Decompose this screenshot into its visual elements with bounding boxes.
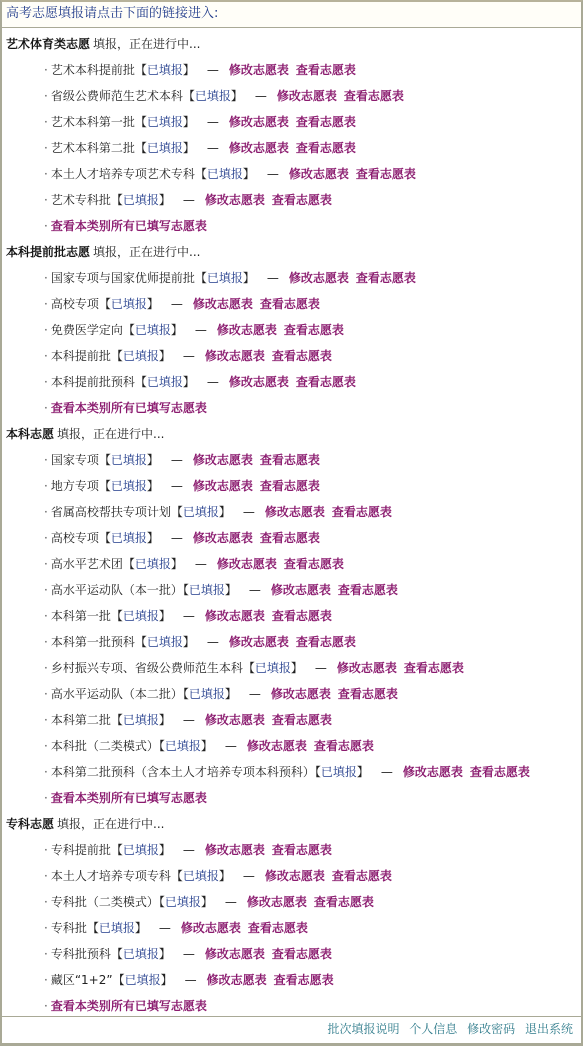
batch-name: 高水平艺术团 [51, 557, 123, 571]
batch-row: ·乡村振兴专项、省级公费师范生本科【已填报】—修改志愿表查看志愿表 [2, 655, 581, 681]
edit-form-link[interactable]: 修改志愿表 [247, 895, 307, 909]
view-form-link[interactable]: 查看志愿表 [284, 323, 344, 337]
batch-name: 高水平运动队（本二批） [51, 687, 183, 701]
bracket-close: 】 [171, 323, 183, 337]
batch-row: ·国家专项【已填报】—修改志愿表查看志愿表 [2, 447, 581, 473]
separator-dash: — [183, 193, 195, 207]
category-header: 艺术体育类志愿填报，正在进行中... [2, 31, 581, 57]
batch-row: ·本科提前批【已填报】—修改志愿表查看志愿表 [2, 343, 581, 369]
bracket-open: 【 [99, 453, 111, 467]
bullet-icon: · [44, 583, 48, 597]
status-badge: 已填报 [123, 193, 159, 207]
status-badge: 已填报 [165, 895, 201, 909]
status-badge: 已填报 [123, 843, 159, 857]
status-badge: 已填报 [255, 661, 291, 675]
batch-name: 专科批预科 [51, 947, 111, 961]
bracket-open: 【 [99, 531, 111, 545]
edit-form-link[interactable]: 修改志愿表 [265, 505, 325, 519]
status-badge: 已填报 [207, 167, 243, 181]
batch-name: 本土人才培养专项专科 [51, 869, 171, 883]
separator-dash: — [183, 349, 195, 363]
separator-dash: — [255, 89, 267, 103]
page-header: 高考志愿填报请点击下面的链接进入: [2, 2, 581, 28]
bracket-open: 【 [111, 713, 123, 727]
batch-name: 国家专项与国家优师提前批 [51, 271, 195, 285]
separator-dash: — [267, 167, 279, 181]
bullet-icon: · [44, 401, 48, 415]
bullet-icon: · [44, 297, 48, 311]
bracket-close: 】 [201, 739, 213, 753]
status-badge: 已填报 [321, 765, 357, 779]
bracket-close: 】 [219, 505, 231, 519]
bullet-icon: · [44, 193, 48, 207]
view-form-link[interactable]: 查看志愿表 [260, 297, 320, 311]
separator-dash: — [195, 323, 207, 337]
batch-row: ·省属高校帮扶专项计划【已填报】—修改志愿表查看志愿表 [2, 499, 581, 525]
bracket-open: 【 [111, 193, 123, 207]
status-badge: 已填报 [189, 687, 225, 701]
bracket-open: 【 [123, 323, 135, 337]
bullet-icon: · [44, 479, 48, 493]
edit-form-link[interactable]: 修改志愿表 [193, 479, 253, 493]
edit-form-link[interactable]: 修改志愿表 [229, 635, 289, 649]
batch-row: ·艺术专科批【已填报】—修改志愿表查看志愿表 [2, 187, 581, 213]
edit-form-link[interactable]: 修改志愿表 [229, 141, 289, 155]
view-all-forms-link[interactable]: 查看本类别所有已填写志愿表 [51, 999, 207, 1013]
bracket-close: 】 [183, 375, 195, 389]
status-badge: 已填报 [207, 271, 243, 285]
batch-name: 本科提前批 [51, 349, 111, 363]
bracket-close: 】 [243, 271, 255, 285]
category-name: 专科志愿 [6, 817, 54, 831]
bullet-icon: · [44, 999, 48, 1013]
bracket-open: 【 [99, 479, 111, 493]
view-form-link[interactable]: 查看志愿表 [356, 167, 416, 181]
view-form-link[interactable]: 查看志愿表 [284, 557, 344, 571]
bracket-close: 】 [225, 687, 237, 701]
bracket-close: 】 [147, 479, 159, 493]
bullet-icon: · [44, 323, 48, 337]
batch-row: ·本科第一批预科【已填报】—修改志愿表查看志愿表 [2, 629, 581, 655]
bullet-icon: · [44, 115, 48, 129]
view-form-link[interactable]: 查看志愿表 [260, 479, 320, 493]
edit-form-link[interactable]: 修改志愿表 [337, 661, 397, 675]
edit-form-link[interactable]: 修改志愿表 [289, 271, 349, 285]
status-badge: 已填报 [147, 635, 183, 649]
edit-form-link[interactable]: 修改志愿表 [277, 89, 337, 103]
bracket-close: 】 [159, 843, 171, 857]
status-badge: 已填报 [147, 115, 183, 129]
bullet-icon: · [44, 531, 48, 545]
view-form-link[interactable]: 查看志愿表 [314, 895, 374, 909]
view-form-link[interactable]: 查看志愿表 [274, 973, 334, 987]
edit-form-link[interactable]: 修改志愿表 [193, 297, 253, 311]
bracket-close: 】 [291, 661, 303, 675]
batch-name: 艺术本科第二批 [51, 141, 135, 155]
bracket-close: 】 [147, 531, 159, 545]
batch-name: 省级公费师范生艺术本科 [51, 89, 183, 103]
status-badge: 已填报 [125, 973, 161, 987]
bullet-icon: · [44, 661, 48, 675]
view-all-row: ·查看本类别所有已填写志愿表 [2, 395, 581, 421]
batch-name: 高校专项 [51, 531, 99, 545]
bullet-icon: · [44, 791, 48, 805]
view-form-link[interactable]: 查看志愿表 [260, 531, 320, 545]
bullet-icon: · [44, 843, 48, 857]
status-badge: 已填报 [123, 609, 159, 623]
bullet-icon: · [44, 765, 48, 779]
bullet-icon: · [44, 219, 48, 233]
separator-dash: — [381, 765, 393, 779]
bracket-open: 【 [243, 661, 255, 675]
bullet-icon: · [44, 869, 48, 883]
view-form-link[interactable]: 查看志愿表 [296, 63, 356, 77]
category-name: 艺术体育类志愿 [6, 37, 90, 51]
separator-dash: — [249, 687, 261, 701]
batch-name: 乡村振兴专项、省级公费师范生本科 [51, 661, 243, 675]
page-frame: 高考志愿填报请点击下面的链接进入: 艺术体育类志愿填报，正在进行中...·艺术本… [0, 0, 583, 1046]
view-form-link[interactable]: 查看志愿表 [296, 141, 356, 155]
view-form-link[interactable]: 查看志愿表 [272, 349, 332, 363]
batch-name: 本科第一批 [51, 609, 111, 623]
edit-form-link[interactable]: 修改志愿表 [229, 115, 289, 129]
status-badge: 已填报 [123, 713, 159, 727]
bracket-open: 【 [195, 167, 207, 181]
bracket-open: 【 [183, 89, 195, 103]
bullet-icon: · [44, 687, 48, 701]
edit-form-link[interactable]: 修改志愿表 [205, 609, 265, 623]
bracket-open: 【 [111, 349, 123, 363]
bracket-close: 】 [147, 297, 159, 311]
batch-name: 艺术专科批 [51, 193, 111, 207]
bracket-open: 【 [135, 375, 147, 389]
edit-form-link[interactable]: 修改志愿表 [193, 531, 253, 545]
bullet-icon: · [44, 713, 48, 727]
edit-form-link[interactable]: 修改志愿表 [403, 765, 463, 779]
bracket-close: 】 [219, 869, 231, 883]
separator-dash: — [183, 713, 195, 727]
view-form-link[interactable]: 查看志愿表 [248, 921, 308, 935]
bracket-open: 【 [99, 297, 111, 311]
separator-dash: — [185, 973, 197, 987]
edit-form-link[interactable]: 修改志愿表 [229, 375, 289, 389]
category-status: 填报，正在进行中... [93, 37, 200, 51]
view-form-link[interactable]: 查看志愿表 [272, 713, 332, 727]
batch-row: ·省级公费师范生艺术本科【已填报】—修改志愿表查看志愿表 [2, 83, 581, 109]
bracket-close: 】 [159, 713, 171, 727]
batch-name: 高水平运动队（本一批） [51, 583, 183, 597]
bullet-icon: · [44, 271, 48, 285]
batch-name: 本科第二批预科（含本土人才培养专项本科预科） [51, 765, 315, 779]
view-all-forms-link[interactable]: 查看本类别所有已填写志愿表 [51, 791, 207, 805]
batch-row: ·藏区“1+2”【已填报】—修改志愿表查看志愿表 [2, 967, 581, 993]
batch-name: 国家专项 [51, 453, 99, 467]
batch-name: 高校专项 [51, 297, 99, 311]
bracket-close: 】 [159, 947, 171, 961]
status-badge: 已填报 [183, 869, 219, 883]
view-form-link[interactable]: 查看志愿表 [338, 687, 398, 701]
bracket-open: 【 [171, 505, 183, 519]
separator-dash: — [207, 63, 219, 77]
status-badge: 已填报 [147, 375, 183, 389]
separator-dash: — [171, 297, 183, 311]
batch-row: ·艺术本科第一批【已填报】—修改志愿表查看志愿表 [2, 109, 581, 135]
separator-dash: — [225, 895, 237, 909]
bullet-icon: · [44, 557, 48, 571]
batch-row: ·本科提前批预科【已填报】—修改志愿表查看志愿表 [2, 369, 581, 395]
status-badge: 已填报 [165, 739, 201, 753]
status-badge: 已填报 [111, 297, 147, 311]
status-badge: 已填报 [135, 323, 171, 337]
bullet-icon: · [44, 739, 48, 753]
view-all-forms-link[interactable]: 查看本类别所有已填写志愿表 [51, 401, 207, 415]
bracket-open: 【 [113, 973, 125, 987]
bracket-open: 【 [111, 609, 123, 623]
batch-name: 藏区“1+2” [51, 973, 113, 987]
status-badge: 已填报 [111, 453, 147, 467]
separator-dash: — [249, 583, 261, 597]
bracket-close: 】 [357, 765, 369, 779]
batch-row: ·专科批（二类模式）【已填报】—修改志愿表查看志愿表 [2, 889, 581, 915]
separator-dash: — [171, 479, 183, 493]
footer-link-batch-instructions[interactable]: 批次填报说明 [327, 1022, 399, 1036]
bracket-close: 】 [183, 63, 195, 77]
batch-row: ·国家专项与国家优师提前批【已填报】—修改志愿表查看志愿表 [2, 265, 581, 291]
bracket-open: 【 [135, 141, 147, 155]
batch-name: 本科第二批 [51, 713, 111, 727]
batch-row: ·艺术本科第二批【已填报】—修改志愿表查看志愿表 [2, 135, 581, 161]
bracket-close: 】 [147, 453, 159, 467]
bullet-icon: · [44, 505, 48, 519]
category-list: 艺术体育类志愿填报，正在进行中...·艺术本科提前批【已填报】—修改志愿表查看志… [2, 28, 581, 1019]
separator-dash: — [243, 505, 255, 519]
category-header: 本科志愿填报，正在进行中... [2, 421, 581, 447]
bracket-close: 】 [159, 349, 171, 363]
bracket-close: 】 [159, 193, 171, 207]
bracket-close: 】 [225, 583, 237, 597]
batch-name: 艺术本科提前批 [51, 63, 135, 77]
batch-name: 地方专项 [51, 479, 99, 493]
batch-row: ·本土人才培养专项艺术专科【已填报】—修改志愿表查看志愿表 [2, 161, 581, 187]
bracket-close: 】 [135, 921, 147, 935]
batch-name: 省属高校帮扶专项计划 [51, 505, 171, 519]
bullet-icon: · [44, 89, 48, 103]
view-form-link[interactable]: 查看志愿表 [404, 661, 464, 675]
bracket-close: 】 [183, 115, 195, 129]
status-badge: 已填报 [123, 349, 159, 363]
separator-dash: — [207, 635, 219, 649]
view-form-link[interactable]: 查看志愿表 [470, 765, 530, 779]
footer-link-personal-info[interactable]: 个人信息 [409, 1022, 457, 1036]
separator-dash: — [207, 115, 219, 129]
batch-row: ·高水平运动队（本一批）【已填报】—修改志愿表查看志愿表 [2, 577, 581, 603]
status-badge: 已填报 [111, 479, 147, 493]
view-form-link[interactable]: 查看志愿表 [272, 947, 332, 961]
separator-dash: — [183, 843, 195, 857]
batch-row: ·专科批【已填报】—修改志愿表查看志愿表 [2, 915, 581, 941]
status-badge: 已填报 [147, 141, 183, 155]
bracket-open: 【 [111, 947, 123, 961]
status-badge: 已填报 [195, 89, 231, 103]
batch-row: ·高校专项【已填报】—修改志愿表查看志愿表 [2, 291, 581, 317]
edit-form-link[interactable]: 修改志愿表 [205, 843, 265, 857]
separator-dash: — [267, 271, 279, 285]
bullet-icon: · [44, 63, 48, 77]
bullet-icon: · [44, 973, 48, 987]
view-all-row: ·查看本类别所有已填写志愿表 [2, 785, 581, 811]
separator-dash: — [183, 609, 195, 623]
view-form-link[interactable]: 查看志愿表 [296, 635, 356, 649]
status-badge: 已填报 [135, 557, 171, 571]
batch-row: ·高水平运动队（本二批）【已填报】—修改志愿表查看志愿表 [2, 681, 581, 707]
view-form-link[interactable]: 查看志愿表 [296, 115, 356, 129]
batch-name: 本土人才培养专项艺术专科 [51, 167, 195, 181]
category-status: 填报，正在进行中... [57, 427, 164, 441]
edit-form-link[interactable]: 修改志愿表 [217, 557, 277, 571]
view-form-link[interactable]: 查看志愿表 [332, 505, 392, 519]
edit-form-link[interactable]: 修改志愿表 [271, 687, 331, 701]
bullet-icon: · [44, 375, 48, 389]
view-form-link[interactable]: 查看志愿表 [338, 583, 398, 597]
bullet-icon: · [44, 635, 48, 649]
view-form-link[interactable]: 查看志愿表 [296, 375, 356, 389]
separator-dash: — [171, 453, 183, 467]
bracket-open: 【 [135, 63, 147, 77]
edit-form-link[interactable]: 修改志愿表 [271, 583, 331, 597]
category-status: 填报，正在进行中... [57, 817, 164, 831]
bracket-open: 【 [135, 635, 147, 649]
category-name: 本科志愿 [6, 427, 54, 441]
batch-name: 专科批 [51, 921, 87, 935]
bracket-close: 】 [183, 141, 195, 155]
batch-name: 本科提前批预科 [51, 375, 135, 389]
separator-dash: — [195, 557, 207, 571]
edit-form-link[interactable]: 修改志愿表 [205, 713, 265, 727]
batch-name: 本科第一批预科 [51, 635, 135, 649]
view-all-forms-link[interactable]: 查看本类别所有已填写志愿表 [51, 219, 207, 233]
bracket-close: 】 [161, 973, 173, 987]
view-form-link[interactable]: 查看志愿表 [332, 869, 392, 883]
edit-form-link[interactable]: 修改志愿表 [181, 921, 241, 935]
separator-dash: — [183, 947, 195, 961]
view-form-link[interactable]: 查看志愿表 [272, 609, 332, 623]
batch-row: ·艺术本科提前批【已填报】—修改志愿表查看志愿表 [2, 57, 581, 83]
bracket-open: 【 [171, 869, 183, 883]
batch-row: ·专科批预科【已填报】—修改志愿表查看志愿表 [2, 941, 581, 967]
view-form-link[interactable]: 查看志愿表 [260, 453, 320, 467]
separator-dash: — [207, 375, 219, 389]
separator-dash: — [225, 739, 237, 753]
view-form-link[interactable]: 查看志愿表 [314, 739, 374, 753]
footer-nav: 批次填报说明 个人信息 修改密码 退出系统 [2, 1016, 581, 1043]
bracket-open: 【 [123, 557, 135, 571]
batch-row: ·本科批（二类模式）【已填报】—修改志愿表查看志愿表 [2, 733, 581, 759]
edit-form-link[interactable]: 修改志愿表 [289, 167, 349, 181]
bullet-icon: · [44, 609, 48, 623]
batch-row: ·本科第一批【已填报】—修改志愿表查看志愿表 [2, 603, 581, 629]
bracket-open: 【 [87, 921, 99, 935]
footer-link-change-password[interactable]: 修改密码 [467, 1022, 515, 1036]
bracket-close: 】 [159, 609, 171, 623]
separator-dash: — [207, 141, 219, 155]
footer-link-logout[interactable]: 退出系统 [525, 1022, 573, 1036]
category-status: 填报，正在进行中... [93, 245, 200, 259]
bullet-icon: · [44, 947, 48, 961]
bullet-icon: · [44, 349, 48, 363]
batch-row: ·免费医学定向【已填报】—修改志愿表查看志愿表 [2, 317, 581, 343]
batch-name: 专科提前批 [51, 843, 111, 857]
separator-dash: — [171, 531, 183, 545]
status-badge: 已填报 [189, 583, 225, 597]
view-form-link[interactable]: 查看志愿表 [272, 193, 332, 207]
page-title: 高考志愿填报请点击下面的链接进入: [6, 6, 218, 21]
bracket-close: 】 [243, 167, 255, 181]
bullet-icon: · [44, 141, 48, 155]
batch-row: ·高水平艺术团【已填报】—修改志愿表查看志愿表 [2, 551, 581, 577]
edit-form-link[interactable]: 修改志愿表 [205, 349, 265, 363]
batch-name: 艺术本科第一批 [51, 115, 135, 129]
view-all-row: ·查看本类别所有已填写志愿表 [2, 213, 581, 239]
batch-row: ·地方专项【已填报】—修改志愿表查看志愿表 [2, 473, 581, 499]
view-form-link[interactable]: 查看志愿表 [356, 271, 416, 285]
bullet-icon: · [44, 453, 48, 467]
bracket-close: 】 [231, 89, 243, 103]
edit-form-link[interactable]: 修改志愿表 [205, 947, 265, 961]
batch-row: ·本科第二批预科（含本土人才培养专项本科预科）【已填报】—修改志愿表查看志愿表 [2, 759, 581, 785]
batch-row: ·专科提前批【已填报】—修改志愿表查看志愿表 [2, 837, 581, 863]
batch-row: ·高校专项【已填报】—修改志愿表查看志愿表 [2, 525, 581, 551]
separator-dash: — [315, 661, 327, 675]
status-badge: 已填报 [147, 63, 183, 77]
bracket-close: 】 [201, 895, 213, 909]
edit-form-link[interactable]: 修改志愿表 [247, 739, 307, 753]
view-form-link[interactable]: 查看志愿表 [272, 843, 332, 857]
batch-name: 本科批（二类模式） [51, 739, 159, 753]
separator-dash: — [159, 921, 171, 935]
bracket-close: 】 [183, 635, 195, 649]
status-badge: 已填报 [123, 947, 159, 961]
batch-row: ·本土人才培养专项专科【已填报】—修改志愿表查看志愿表 [2, 863, 581, 889]
edit-form-link[interactable]: 修改志愿表 [265, 869, 325, 883]
separator-dash: — [243, 869, 255, 883]
batch-name: 专科批（二类模式） [51, 895, 159, 909]
bracket-open: 【 [111, 843, 123, 857]
status-badge: 已填报 [183, 505, 219, 519]
view-form-link[interactable]: 查看志愿表 [344, 89, 404, 103]
edit-form-link[interactable]: 修改志愿表 [229, 63, 289, 77]
category-header: 专科志愿填报，正在进行中... [2, 811, 581, 837]
bracket-close: 】 [171, 557, 183, 571]
edit-form-link[interactable]: 修改志愿表 [207, 973, 267, 987]
bracket-open: 【 [195, 271, 207, 285]
edit-form-link[interactable]: 修改志愿表 [205, 193, 265, 207]
bullet-icon: · [44, 921, 48, 935]
bracket-open: 【 [135, 115, 147, 129]
category-header: 本科提前批志愿填报，正在进行中... [2, 239, 581, 265]
category-name: 本科提前批志愿 [6, 245, 90, 259]
status-badge: 已填报 [99, 921, 135, 935]
batch-name: 免费医学定向 [51, 323, 123, 337]
edit-form-link[interactable]: 修改志愿表 [217, 323, 277, 337]
edit-form-link[interactable]: 修改志愿表 [193, 453, 253, 467]
bullet-icon: · [44, 895, 48, 909]
status-badge: 已填报 [111, 531, 147, 545]
bullet-icon: · [44, 167, 48, 181]
batch-row: ·本科第二批【已填报】—修改志愿表查看志愿表 [2, 707, 581, 733]
